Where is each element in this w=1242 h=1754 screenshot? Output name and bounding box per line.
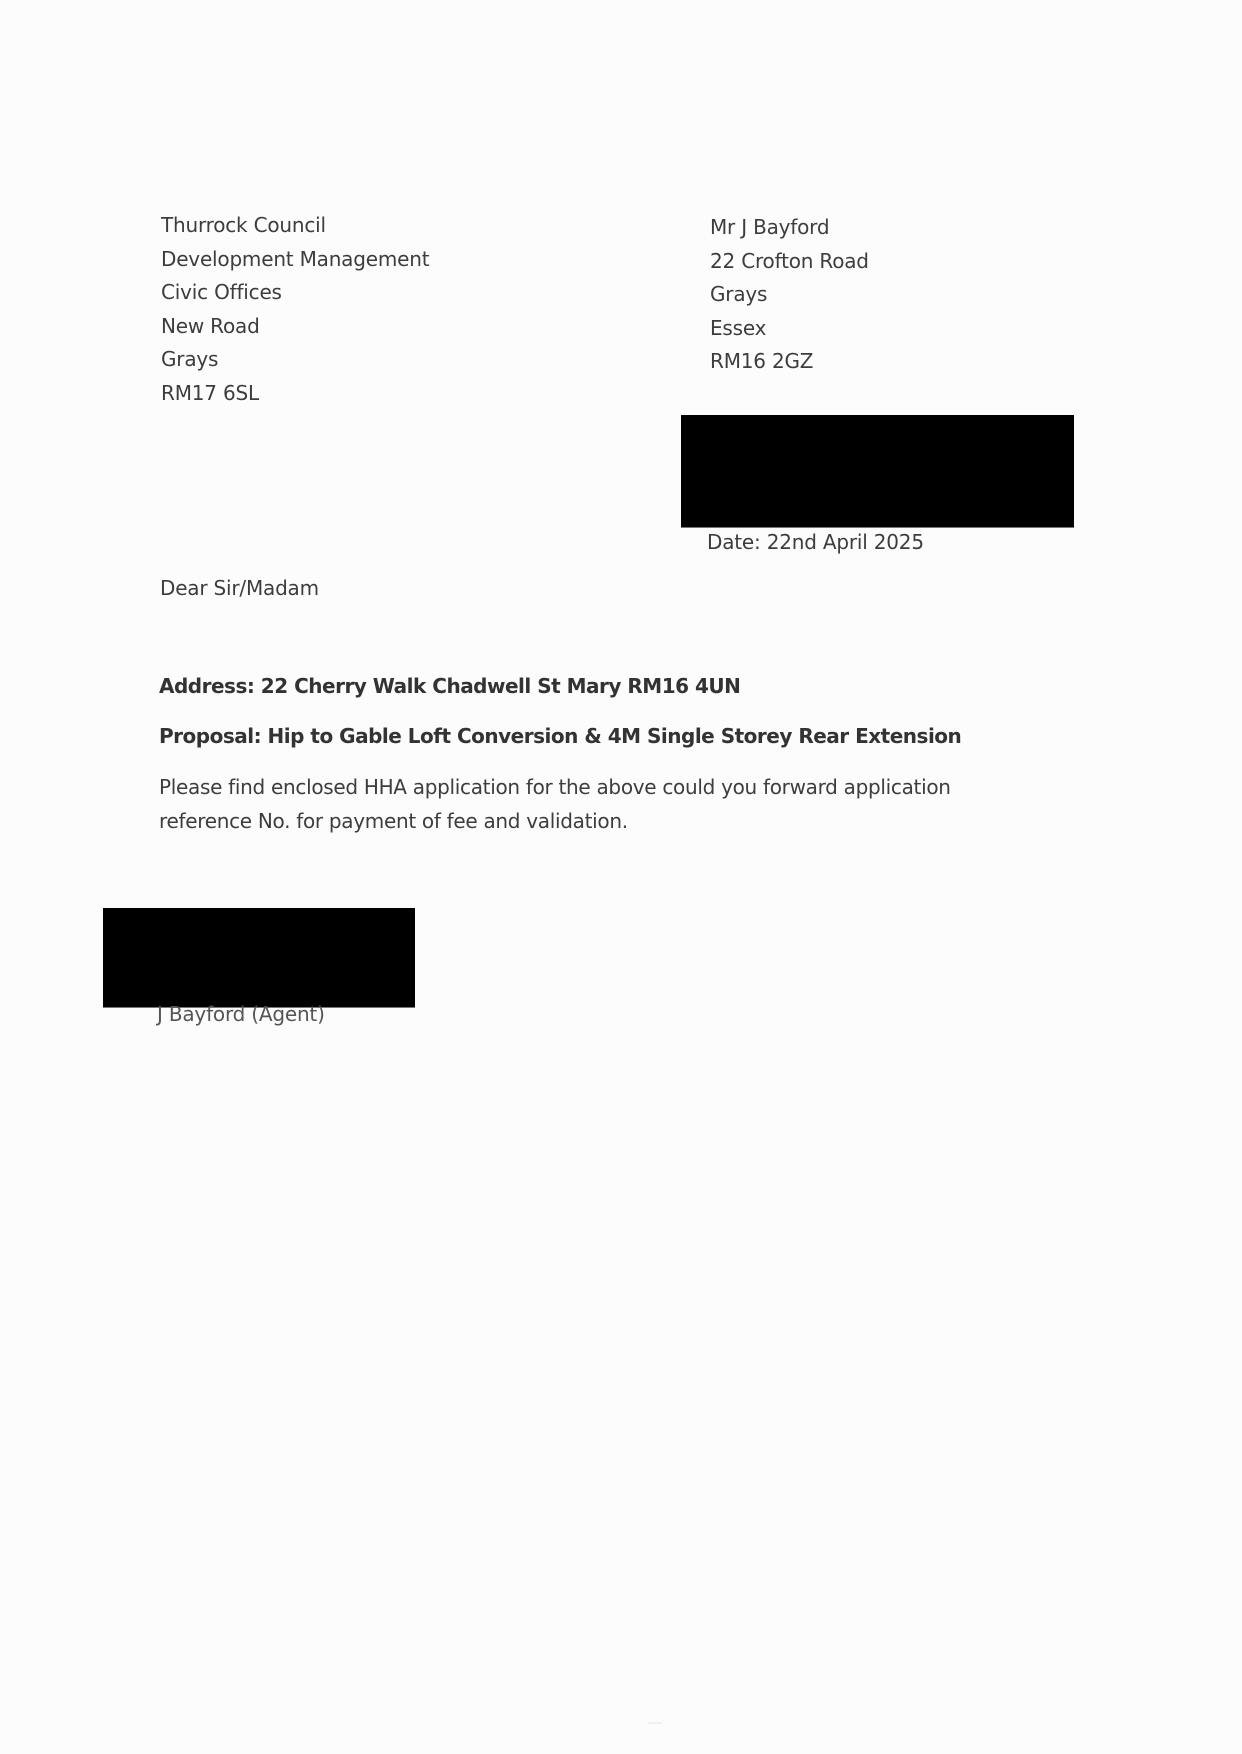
letter-date: Date: 22nd April 2025 — [707, 530, 924, 554]
salutation: Dear Sir/Madam — [160, 576, 319, 600]
redacted-sender-details — [681, 415, 1074, 527]
subject-address: Address: 22 Cherry Walk Chadwell St Mary… — [159, 674, 740, 698]
recipient-line: New Road — [161, 310, 429, 344]
letter-page: Thurrock Council Development Management … — [0, 0, 1242, 1754]
redacted-signature — [103, 908, 415, 1007]
recipient-line: RM17 6SL — [161, 377, 429, 411]
recipient-line: Grays — [161, 343, 429, 377]
recipient-line: Thurrock Council — [161, 209, 429, 243]
recipient-line: Civic Offices — [161, 276, 429, 310]
sender-line: Mr J Bayford — [710, 211, 869, 245]
signature-name: J Bayford (Agent) — [157, 1002, 325, 1026]
subject-proposal: Proposal: Hip to Gable Loft Conversion &… — [159, 724, 961, 748]
body-paragraph: Please find enclosed HHA application for… — [159, 770, 1019, 838]
sender-line: Grays — [710, 278, 869, 312]
sender-line: RM16 2GZ — [710, 345, 869, 379]
sender-line: Essex — [710, 312, 869, 346]
sender-line: 22 Crofton Road — [710, 245, 869, 279]
recipient-address-block: Thurrock Council Development Management … — [161, 209, 429, 410]
recipient-line: Development Management — [161, 243, 429, 277]
sender-address-block: Mr J Bayford 22 Crofton Road Grays Essex… — [710, 211, 869, 379]
scan-artifact — [648, 1722, 662, 1724]
